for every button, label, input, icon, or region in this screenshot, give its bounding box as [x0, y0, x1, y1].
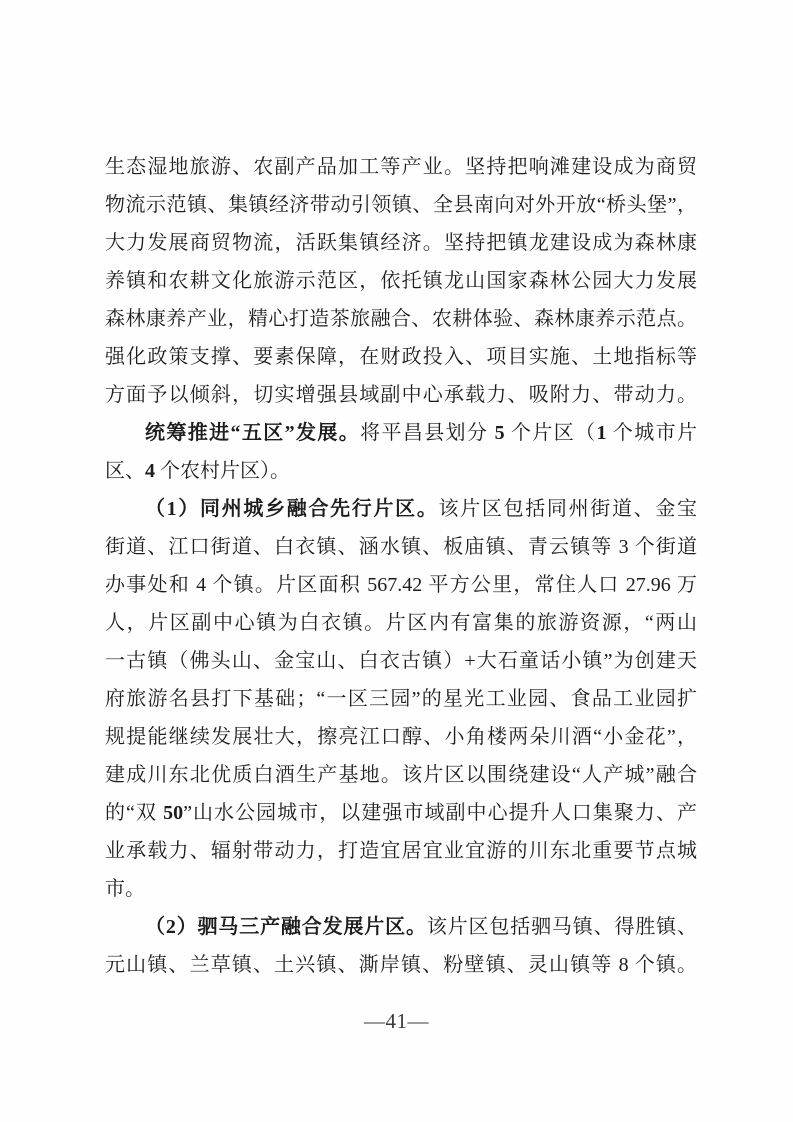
text-line: 街道、江口街道、白衣镇、涵水镇、板庙镇、青云镇等 3 个街道 [105, 528, 697, 566]
text-run: 区、 [105, 460, 145, 482]
text-line: 区、4 个农村片区）。 [105, 452, 697, 490]
text-run: 办事处和 4 个镇。片区面积 567.42 平方公里，常住人口 27.96 万 [105, 574, 697, 596]
text-run: 的“双 [105, 802, 163, 824]
text-line: 强化政策支撑、要素保障，在财政投入、项目实施、土地指标等 [105, 338, 697, 376]
text-line: 方面予以倾斜，切实增强县域副中心承载力、吸附力、带动力。 [105, 376, 697, 414]
text-line: 生态湿地旅游、农副产品加工等产业。坚持把响滩建设成为商贸 [105, 148, 697, 186]
text-line: （1）同州城乡融合先行片区。该片区包括同州街道、金宝 [105, 490, 697, 528]
text-run: 规提能继续发展壮大，擦亮江口醇、小角楼两朵川酒“小金花”， [105, 726, 697, 748]
bold-text-run: 1 [597, 422, 607, 444]
text-run: 养镇和农耕文化旅游示范区，依托镇龙山国家森林公园大力发展 [105, 270, 697, 292]
text-line: 规提能继续发展壮大，擦亮江口醇、小角楼两朵川酒“小金花”， [105, 718, 697, 756]
text-block: 生态湿地旅游、农副产品加工等产业。坚持把响滩建设成为商贸物流示范镇、集镇经济带动… [105, 148, 697, 984]
bold-text-run: 4 [145, 460, 155, 482]
text-line: 的“双 50”山水公园城市，以建强市域副中心提升人口集聚力、产 [105, 794, 697, 832]
text-run: 个城市片 [607, 422, 697, 444]
text-run: 元山镇、兰草镇、土兴镇、澌岸镇、粉壁镇、灵山镇等 8 个镇。 [105, 954, 697, 976]
text-run: 街道、江口街道、白衣镇、涵水镇、板庙镇、青云镇等 3 个街道 [105, 536, 697, 558]
text-line: 统筹推进“五区”发展。将平昌县划分 5 个片区（1 个城市片 [105, 414, 697, 452]
text-line: 人，片区副中心镇为白衣镇。片区内有富集的旅游资源，“两山 [105, 604, 697, 642]
text-run: 大力发展商贸物流，活跃集镇经济。坚持把镇龙建设成为森林康 [105, 232, 697, 254]
text-line: 府旅游名县打下基础；“一区三园”的星光工业园、食品工业园扩 [105, 680, 697, 718]
text-line: 大力发展商贸物流，活跃集镇经济。坚持把镇龙建设成为森林康 [105, 224, 697, 262]
text-run: 个片区（ [505, 422, 597, 444]
text-run: 强化政策支撑、要素保障，在财政投入、项目实施、土地指标等 [105, 346, 697, 368]
bold-text-run: 50 [163, 802, 183, 824]
bold-text-run: （1）同州城乡融合先行片区。 [145, 498, 439, 520]
document-page: 生态湿地旅游、农副产品加工等产业。坚持把响滩建设成为商贸物流示范镇、集镇经济带动… [0, 0, 793, 1122]
text-run: 市。 [105, 878, 145, 900]
bold-text-run: （2）驷马三产融合发展片区。 [145, 916, 427, 938]
text-line: 一古镇（佛头山、金宝山、白衣古镇）+大石童话小镇”为创建天 [105, 642, 697, 680]
text-line: 办事处和 4 个镇。片区面积 567.42 平方公里，常住人口 27.96 万 [105, 566, 697, 604]
text-run: 人，片区副中心镇为白衣镇。片区内有富集的旅游资源，“两山 [105, 612, 697, 634]
text-run: 该片区包括同州街道、金宝 [439, 498, 697, 520]
text-line: 养镇和农耕文化旅游示范区，依托镇龙山国家森林公园大力发展 [105, 262, 697, 300]
page-number: —41— [0, 1008, 793, 1034]
bold-text-run: 5 [495, 422, 505, 444]
text-run: 方面予以倾斜，切实增强县域副中心承载力、吸附力、带动力。 [105, 384, 697, 406]
paragraph: 统筹推进“五区”发展。将平昌县划分 5 个片区（1 个城市片区、4 个农村片区）… [105, 414, 697, 490]
text-run: 业承载力、辐射带动力，打造宜居宜业宜游的川东北重要节点城 [105, 840, 697, 862]
paragraph: （2）驷马三产融合发展片区。该片区包括驷马镇、得胜镇、元山镇、兰草镇、土兴镇、澌… [105, 908, 697, 984]
text-run: 将平昌县划分 [360, 422, 495, 444]
text-run: 一古镇（佛头山、金宝山、白衣古镇）+大石童话小镇”为创建天 [105, 650, 697, 672]
text-line: 建成川东北优质白酒生产基地。该片区以围绕建设“人产城”融合 [105, 756, 697, 794]
bold-text-run: 统筹推进“五区”发展。 [145, 422, 360, 444]
text-line: 业承载力、辐射带动力，打造宜居宜业宜游的川东北重要节点城 [105, 832, 697, 870]
text-run: 个农村片区）。 [155, 460, 290, 482]
text-run: ”山水公园城市，以建强市域副中心提升人口集聚力、产 [183, 802, 697, 824]
text-line: 森林康养产业，精心打造茶旅融合、农耕体验、森林康养示范点。 [105, 300, 697, 338]
text-line: 市。 [105, 870, 697, 908]
text-run: 森林康养产业，精心打造茶旅融合、农耕体验、森林康养示范点。 [105, 308, 697, 330]
text-run: 物流示范镇、集镇经济带动引领镇、全县南向对外开放“桥头堡”， [105, 194, 697, 216]
text-line: 物流示范镇、集镇经济带动引领镇、全县南向对外开放“桥头堡”， [105, 186, 697, 224]
text-run: 府旅游名县打下基础；“一区三园”的星光工业园、食品工业园扩 [105, 688, 697, 710]
text-run: 该片区包括驷马镇、得胜镇、 [427, 916, 697, 938]
text-run: 生态湿地旅游、农副产品加工等产业。坚持把响滩建设成为商贸 [105, 156, 697, 178]
text-line: （2）驷马三产融合发展片区。该片区包括驷马镇、得胜镇、 [105, 908, 697, 946]
text-line: 元山镇、兰草镇、土兴镇、澌岸镇、粉壁镇、灵山镇等 8 个镇。 [105, 946, 697, 984]
text-run: 建成川东北优质白酒生产基地。该片区以围绕建设“人产城”融合 [105, 764, 697, 786]
paragraph: （1）同州城乡融合先行片区。该片区包括同州街道、金宝街道、江口街道、白衣镇、涵水… [105, 490, 697, 908]
paragraph: 生态湿地旅游、农副产品加工等产业。坚持把响滩建设成为商贸物流示范镇、集镇经济带动… [105, 148, 697, 414]
